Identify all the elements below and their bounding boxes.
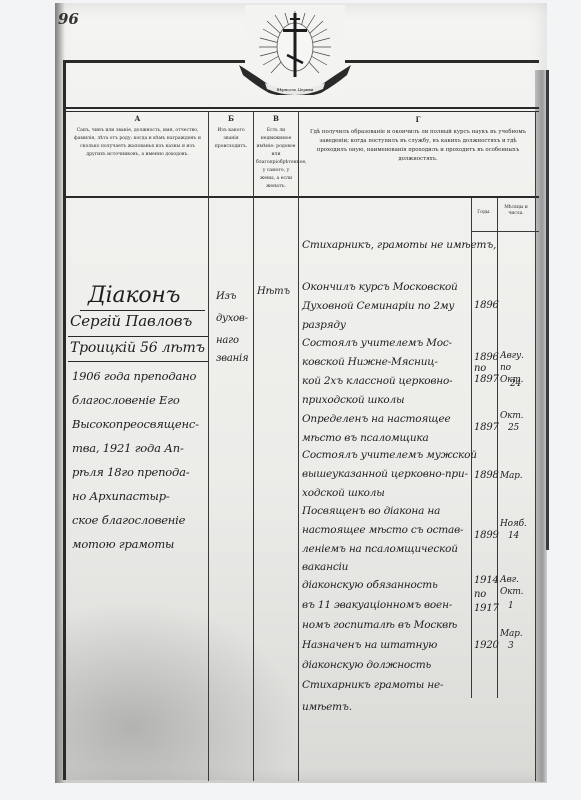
bio-line: Высокопреосвященс- (72, 412, 199, 436)
service-heading: Стихарникъ, грамоты не имѣетъ, (302, 236, 496, 256)
service-month: Авг. Окт. (500, 574, 534, 598)
column-header-b: Б Изъ какого званія происходитъ. (211, 115, 251, 151)
frame-left-rule (63, 60, 66, 780)
col-divider-v-g (298, 111, 299, 781)
column-header-a-text: Санъ, чинъ или званіе, должность, имя, о… (74, 128, 201, 157)
service-line: въ 11 эвакуаціонномъ воен- (302, 596, 452, 616)
binding-rule (546, 70, 549, 550)
service-line: Состоялъ учителемъ Мос- (302, 334, 452, 354)
column-letter-g: Г (304, 115, 532, 124)
service-day: 1 (508, 600, 514, 612)
service-line: приходской школы (302, 391, 404, 411)
service-month: Окт. (500, 410, 523, 422)
bio-line: рѣля 18го препода- (72, 460, 189, 484)
rank-underline (80, 310, 205, 311)
scanned-sheet: 96 Вѣрность Церкви А Санъ, ч (0, 0, 581, 800)
bio-line: 1906 года преподано (72, 364, 196, 388)
service-year: 1920 (474, 640, 499, 651)
column-header-g: Г Гдѣ получилъ образованіе и окончилъ ли… (304, 115, 532, 164)
service-line: номъ госпиталѣ въ Москвѣ (302, 616, 457, 636)
service-year: 1896 по 1897 (474, 352, 498, 385)
entry-name-line2: Троицкій 56 лѣтъ (70, 340, 205, 356)
column-header-a: А Санъ, чинъ или званіе, должность, имя,… (70, 115, 205, 159)
origin-line: Изъ (216, 286, 236, 308)
emblem-ribbon-text: Вѣрность Церкви (277, 87, 314, 92)
column-letter-v: В (256, 115, 296, 123)
service-year: 1897 (474, 422, 499, 433)
estate-value: Нѣтъ (257, 286, 290, 297)
scan-smudge (60, 600, 300, 780)
column-header-v: В Есть ли недвижимое имѣніе: родовое или… (256, 115, 296, 191)
service-line: Назначенъ на штатную (302, 636, 437, 656)
service-line: разряду (302, 316, 346, 336)
service-year: 1899 (474, 530, 499, 541)
column-letter-a: А (70, 115, 205, 123)
subheader-year: Годы. (473, 210, 495, 216)
service-line: Стихарникъ грамоты не- (302, 676, 443, 696)
service-line: Посвященъ во діакона на (302, 502, 440, 522)
service-line: Окончилъ курсъ Московской (302, 278, 458, 298)
service-line: вышеуказанной церковно-при- (302, 465, 468, 485)
service-line: діаконскую должность (302, 656, 431, 676)
service-line: кой 2хъ классной церковно- (302, 372, 453, 392)
table-header-bottom-rule (64, 196, 539, 198)
entry-rank: Діаконъ (88, 283, 180, 308)
col-divider-right (535, 111, 536, 781)
origin-line: званія (216, 348, 248, 370)
bio-line: благословеніе Его (72, 388, 180, 412)
origin-line: духов- (216, 308, 248, 330)
bio-line: ское благословеніе (72, 508, 185, 532)
bio-line: мотою грамоты (72, 532, 174, 556)
service-line: Духовной Семинаріи по 2му (302, 297, 454, 317)
name2-underline (68, 361, 208, 362)
header-rule (64, 107, 539, 109)
column-header-g-text: Гдѣ получилъ образованіе и окончилъ ли п… (310, 129, 526, 162)
service-year: 1896 (474, 300, 499, 311)
service-day: 3 (508, 640, 514, 652)
name1-underline (68, 336, 208, 337)
service-month: Мар. (500, 470, 522, 482)
service-line: діаконскую обязанность (302, 576, 438, 596)
subheader-month-day: Мѣсяцы и числа. (499, 205, 533, 217)
col-divider-month (497, 198, 498, 698)
service-day: 25 (508, 422, 519, 434)
service-line: Определенъ на настоящее (302, 410, 450, 430)
bio-line: но Архипастыр- (72, 484, 170, 508)
column-letter-b: Б (211, 115, 251, 123)
orthodox-cross-emblem-icon: Вѣрность Церкви (235, 5, 355, 95)
header-rule-thin (64, 111, 539, 112)
service-line: леніемъ на псаломщической (302, 540, 458, 560)
service-day: 14 (508, 530, 519, 542)
col-divider-b-v (253, 111, 254, 781)
service-month: Нояб. (500, 518, 527, 530)
service-year: 1914 по 1917 (474, 574, 498, 616)
bio-line: тва, 1921 года Ап- (72, 436, 184, 460)
service-day: 24 (510, 378, 521, 390)
page-number: 96 (58, 10, 79, 28)
service-line: ходской школы (302, 484, 385, 504)
col-divider-a-b (208, 111, 209, 781)
subcolumn-header-rule (471, 231, 539, 232)
service-line: вакансіи (302, 558, 348, 578)
service-line: Состоялъ учителемъ мужской (302, 446, 477, 466)
service-month: Мар. (500, 628, 522, 640)
column-header-b-text: Изъ какого званія происходитъ. (215, 128, 248, 149)
entry-name-line1: Сергій Павловъ (70, 312, 192, 330)
service-year: 1898 (474, 470, 499, 481)
service-line: настоящее мѣсто съ остав- (302, 521, 463, 541)
service-line: ковской Нижне-Мясниц- (302, 353, 438, 373)
service-line: имѣетъ. (302, 698, 352, 718)
